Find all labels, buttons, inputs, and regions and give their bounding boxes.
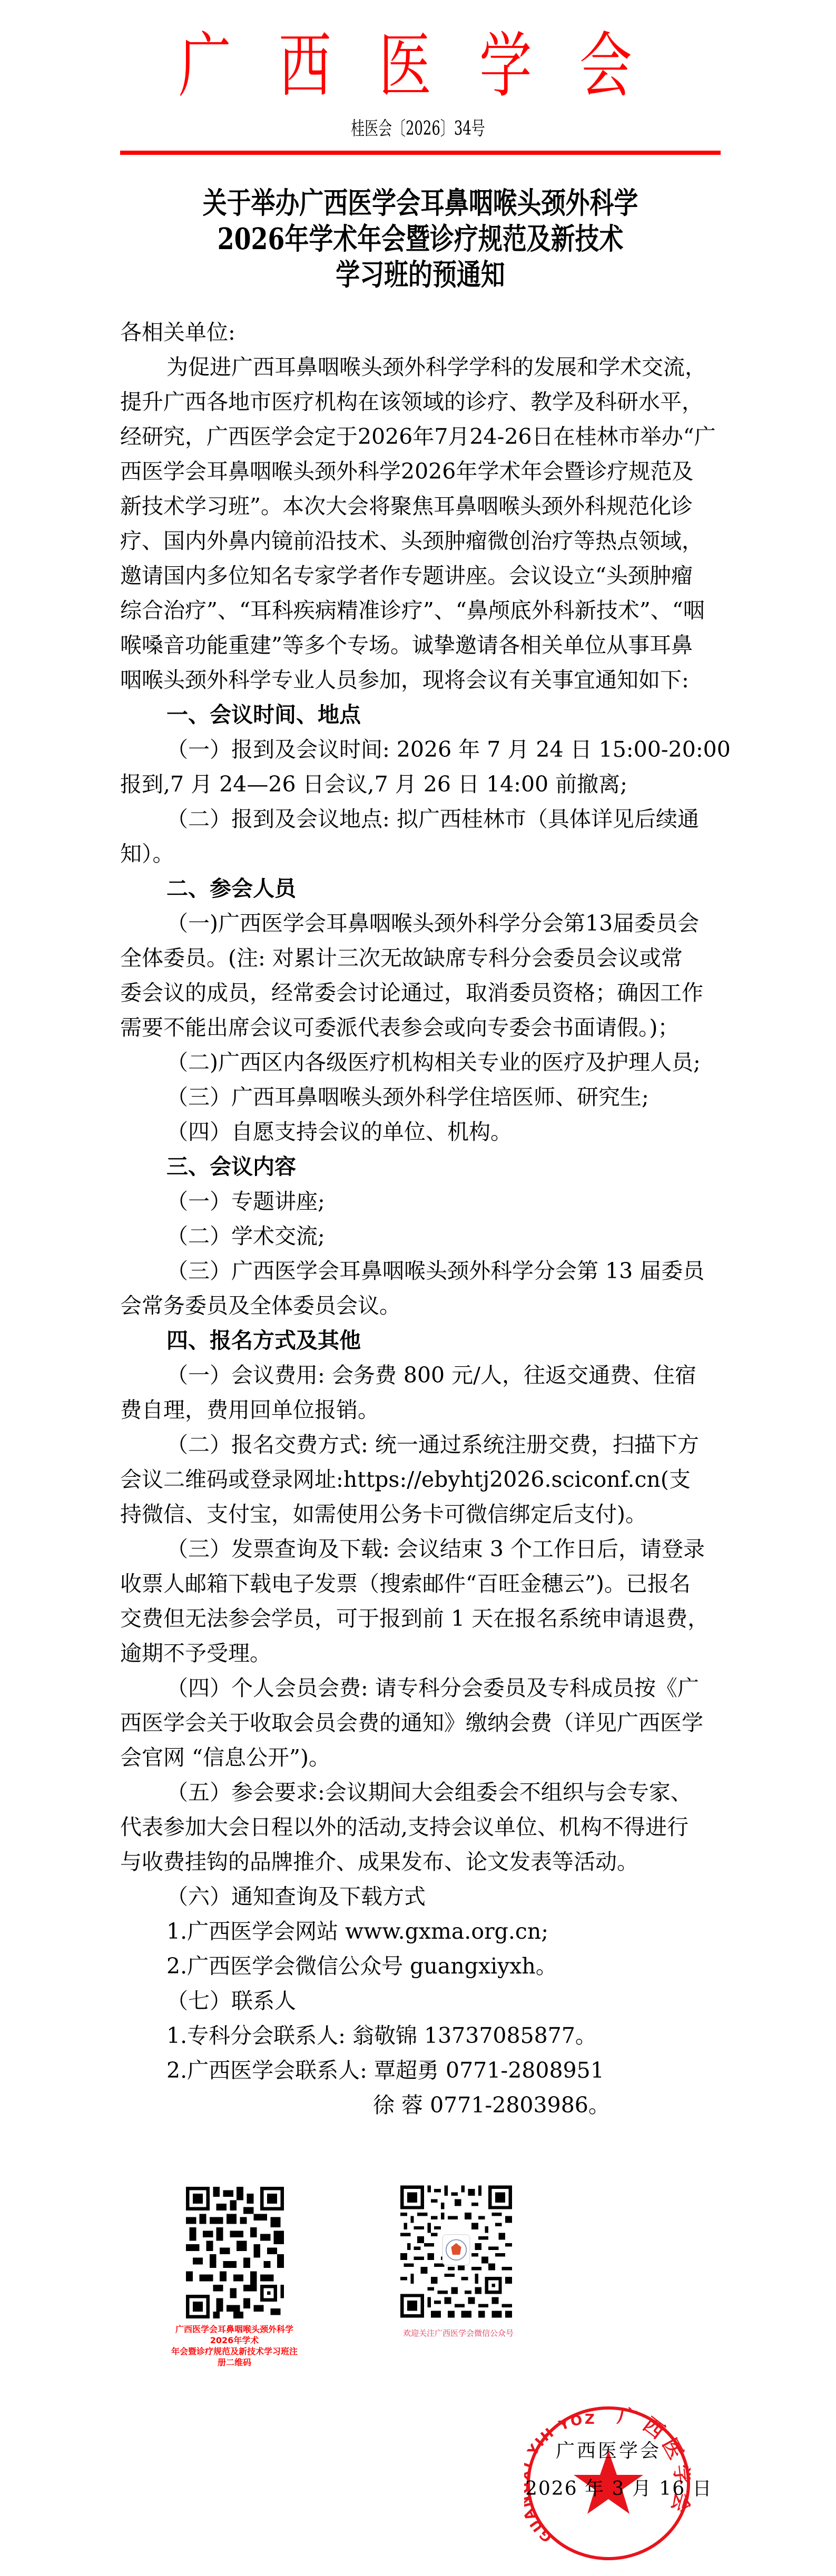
- masthead-char: 广: [179, 29, 257, 104]
- section-heading: 二、参会人员: [120, 871, 721, 906]
- section-item-line: （二）学术交流;: [120, 1219, 721, 1254]
- qr-code-icon: [186, 2187, 284, 2318]
- section-item-line: 逾期不予受理。: [120, 1636, 721, 1671]
- section-item-line: （三）发票查询及下载: 会议结束 3 个工作日后，请登录: [120, 1532, 721, 1566]
- section-item-line: 收票人邮箱下载电子发票（搜索邮件“百旺金穗云”)。已报名: [120, 1566, 721, 1601]
- wechat-line: 2.广西医学会微信公众号 guangxiyxh。: [120, 1949, 721, 1983]
- masthead-char: 会: [579, 29, 657, 104]
- caption-line: 欢迎关注广西医学会微信公众号: [395, 2328, 522, 2338]
- intro-line: 新技术学习班”。本次大会将聚焦耳鼻咽喉头颈外科规范化诊: [120, 489, 721, 524]
- registration-qr-caption: 广西医学会耳鼻咽喉头颈外科学2026年学术 年会暨诊疗规范及新技术学习班注册二维…: [169, 2324, 300, 2368]
- section-item-line: 西医学会关于收取会员会费的通知》缴纳会费（详见广西医学: [120, 1705, 721, 1740]
- section-heading: 一、会议时间、地点: [120, 697, 721, 732]
- masthead-char: 医: [379, 29, 457, 104]
- section-item-line: 代表参加大会日程以外的活动,支持会议单位、机构不得进行: [120, 1810, 721, 1844]
- section-item-line: （二)广西区内各级医疗机构相关专业的医疗及护理人员;: [120, 1045, 721, 1080]
- section-item-line: 交费但无法参会学员，可于报到前 1 天在报名系统申请退费，: [120, 1601, 721, 1636]
- registration-url-line[interactable]: 会议二维码或登录网址:https://ebyhtj2026.sciconf.cn…: [120, 1462, 721, 1497]
- signature-org: 广西医学会: [556, 2440, 661, 2462]
- intro-line: 西医学会耳鼻咽喉头颈外科学2026年学术年会暨诊疗规范及: [120, 454, 721, 489]
- section-item-line: （四）自愿支持会议的单位、机构。: [120, 1114, 721, 1149]
- section-item-line: （三）广西耳鼻咽喉头颈外科学住培医师、研究生;: [120, 1080, 721, 1114]
- document-number: 桂医会〔2026〕34号: [117, 117, 719, 141]
- section-item-line: （五）参会要求:会议期间大会组委会不组织与会专家、: [120, 1775, 721, 1810]
- intro-paragraph: 为促进广西耳鼻咽喉头颈外科学学科的发展和学术交流， 提升广西各地市医疗机构在该领…: [120, 350, 721, 697]
- section-item-line: 知）。: [120, 836, 721, 871]
- intro-line: 提升广西各地市医疗机构在该领域的诊疗、教学及科研水平，: [120, 384, 721, 419]
- section-item-line: （三）广西医学会耳鼻咽喉头颈外科学分会第 13 届委员: [120, 1254, 721, 1288]
- signature-date: 2026 年 3 月 16 日: [525, 2478, 713, 2500]
- section-item-line: 会常务委员及全体委员会议。: [120, 1288, 721, 1323]
- section-item-line: 会官网 “信息公开”)。: [120, 1740, 721, 1775]
- intro-line: 邀请国内多位知名专家学者作专题讲座。会议设立“头颈肿瘤: [120, 558, 721, 593]
- section-item-line: （一）报到及会议时间: 2026 年 7 月 24 日 15:00-20:00: [120, 732, 721, 767]
- intro-line: 咽喉头颈外科学专业人员参加，现将会议有关事宜通知如下:: [120, 663, 721, 697]
- salutation: 各相关单位:: [120, 315, 721, 350]
- section-item-line: （二）报名交费方式: 统一通过系统注册交费，扫描下方: [120, 1427, 721, 1462]
- section-item-line: 与收费挂钩的品牌推介、成果发布、论文发表等活动。: [120, 1844, 721, 1879]
- section-item-line: 持微信、支付宝，如需使用公务卡可微信绑定后支付)。: [120, 1497, 721, 1532]
- section-item-line: 委会议的成员，经常委会讨论通过，取消委员资格；确因工作: [120, 975, 721, 1010]
- intro-line: 为促进广西耳鼻咽喉头颈外科学学科的发展和学术交流，: [120, 350, 721, 384]
- section-item-line: 报到,7 月 24—26 日会议,7 月 26 日 14:00 前撤离;: [120, 767, 721, 802]
- section-item-line: （一）专题讲座;: [120, 1184, 721, 1219]
- section-item-line: 需要不能出席会议可委派代表参会或向专委会书面请假。)；: [120, 1010, 721, 1045]
- document-body: 各相关单位: 为促进广西耳鼻咽喉头颈外科学学科的发展和学术交流， 提升广西各地市…: [120, 315, 721, 2123]
- intro-line: 喉嗓音功能重建”等多个专场。诚挚邀请各相关单位从事耳鼻: [120, 628, 721, 663]
- section-item-line: （一)广西医学会耳鼻咽喉头颈外科学分会第13届委员会: [120, 906, 721, 941]
- contact-line: 2.广西医学会联系人: 覃超勇 0771-2808951: [120, 2053, 721, 2088]
- masthead-char: 学: [479, 29, 557, 104]
- contact-line: 1.专科分会联系人: 翁敬锦 13737085877。: [120, 2018, 721, 2053]
- website-line[interactable]: 1.广西医学会网站 www.gxma.org.cn;: [120, 1914, 721, 1949]
- wechat-qr-caption: 欢迎关注广西医学会微信公众号: [395, 2328, 522, 2338]
- section-item-line: 全体委员。(注: 对累计三次无故缺席专科分会委员会议或常: [120, 941, 721, 975]
- section-item-line: （二）报到及会议地点: 拟广西桂林市（具体详见后续通: [120, 802, 721, 836]
- contact-line: 徐 蓉 0771-2803986。: [120, 2088, 721, 2123]
- document-page: 广西医学会 桂医会〔2026〕34号 关于举办广西医学会耳鼻咽喉头颈外科学 20…: [0, 0, 836, 2576]
- svg-text:广西医学会: 广西医学会: [615, 2404, 691, 2521]
- section-item-line: （六）通知查询及下载方式: [120, 1879, 721, 1914]
- qr-code-icon: [400, 2185, 512, 2318]
- section-heading: 四、报名方式及其他: [120, 1323, 721, 1358]
- svg-text:GUANGXI YIH YOZVEI: GUANGXI YIH YOZVEI: [524, 2404, 596, 2545]
- caption-line: 广西医学会耳鼻咽喉头颈外科学2026年学术: [169, 2324, 300, 2346]
- section-item-line: 费自理，费用回单位报销。: [120, 1393, 721, 1427]
- title-line: 2026年学术年会暨诊疗规范及新技术: [174, 221, 667, 257]
- section-item-line: （一）会议费用: 会务费 800 元/人，往返交通费、住宿: [120, 1358, 721, 1393]
- section-heading: 三、会议内容: [120, 1149, 721, 1184]
- caption-line: 年会暨诊疗规范及新技术学习班注册二维码: [169, 2346, 300, 2368]
- title-line: 学习班的预通知: [174, 257, 667, 293]
- red-divider-line: [120, 151, 721, 155]
- masthead-org-name: 广西医学会: [0, 29, 836, 104]
- registration-qr-code[interactable]: [186, 2187, 284, 2318]
- masthead-char: 西: [279, 29, 357, 104]
- title-line: 关于举办广西医学会耳鼻咽喉头颈外科学: [174, 185, 667, 221]
- section-item-line: （七）联系人: [120, 1983, 721, 2018]
- wechat-qr-code[interactable]: [400, 2185, 512, 2318]
- intro-line: 疗、国内外鼻内镜前沿技术、头颈肿瘤微创治疗等热点领域，: [120, 524, 721, 558]
- section-item-line: （四）个人会员会费: 请专科分会委员及专科成员按《广: [120, 1671, 721, 1705]
- document-title: 关于举办广西医学会耳鼻咽喉头颈外科学 2026年学术年会暨诊疗规范及新技术 学习…: [120, 185, 721, 293]
- intro-line: 综合治疗”、“耳科疾病精准诊疗”、“鼻颅底外科新技术”、“咽: [120, 593, 721, 628]
- intro-line: 经研究，广西医学会定于2026年7月24-26日在桂林市举办“广: [120, 419, 721, 454]
